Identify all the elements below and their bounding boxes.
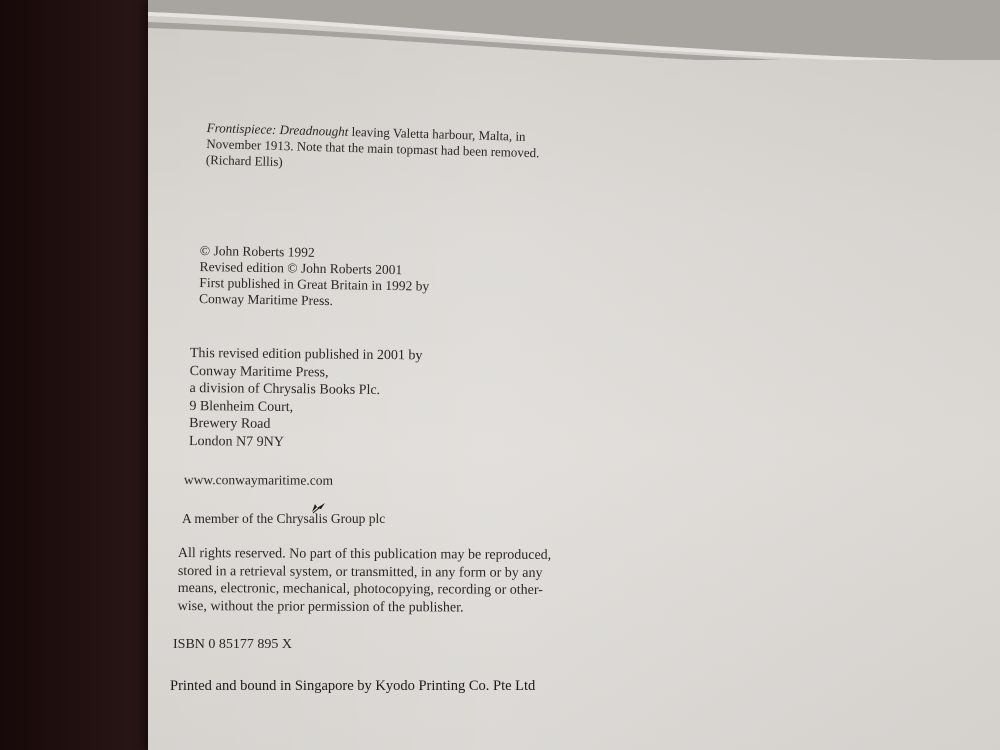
rights-line: wise, without the prior permission of th… <box>178 597 551 616</box>
publisher-address-block: This revised edition published in 2001 b… <box>189 345 423 452</box>
rights-reserved-block: All rights reserved. No part of this pub… <box>178 545 552 617</box>
address-line: a division of Chrysalis Books Plc. <box>189 380 422 400</box>
dark-background <box>0 0 160 750</box>
ship-name: Dreadnought <box>279 122 348 139</box>
previous-page-edge <box>148 0 1000 60</box>
website-url: www.conwaymaritime.com <box>184 472 333 489</box>
frontispiece-label: Frontispiece: <box>207 120 277 137</box>
isbn-number: ISBN 0 85177 895 X <box>173 637 292 653</box>
address-line: London N7 9NY <box>189 432 422 452</box>
rights-line: stored in a retrieval system, or transmi… <box>178 562 551 581</box>
rights-line: means, electronic, mechanical, photocopy… <box>178 580 551 599</box>
group-membership: A member of the Chrysalis Group plc <box>182 511 385 527</box>
printer-credit: Printed and bound in Singapore by Kyodo … <box>170 678 535 694</box>
butterfly-icon <box>310 502 326 514</box>
address-line: Brewery Road <box>189 415 422 435</box>
copyright-block: © John Roberts 1992 Revised edition © Jo… <box>199 243 430 311</box>
address-line: This revised edition published in 2001 b… <box>190 345 423 365</box>
rights-line: All rights reserved. No part of this pub… <box>178 545 551 564</box>
frontispiece-caption: Frontispiece: Dreadnought leaving Valett… <box>206 120 540 177</box>
